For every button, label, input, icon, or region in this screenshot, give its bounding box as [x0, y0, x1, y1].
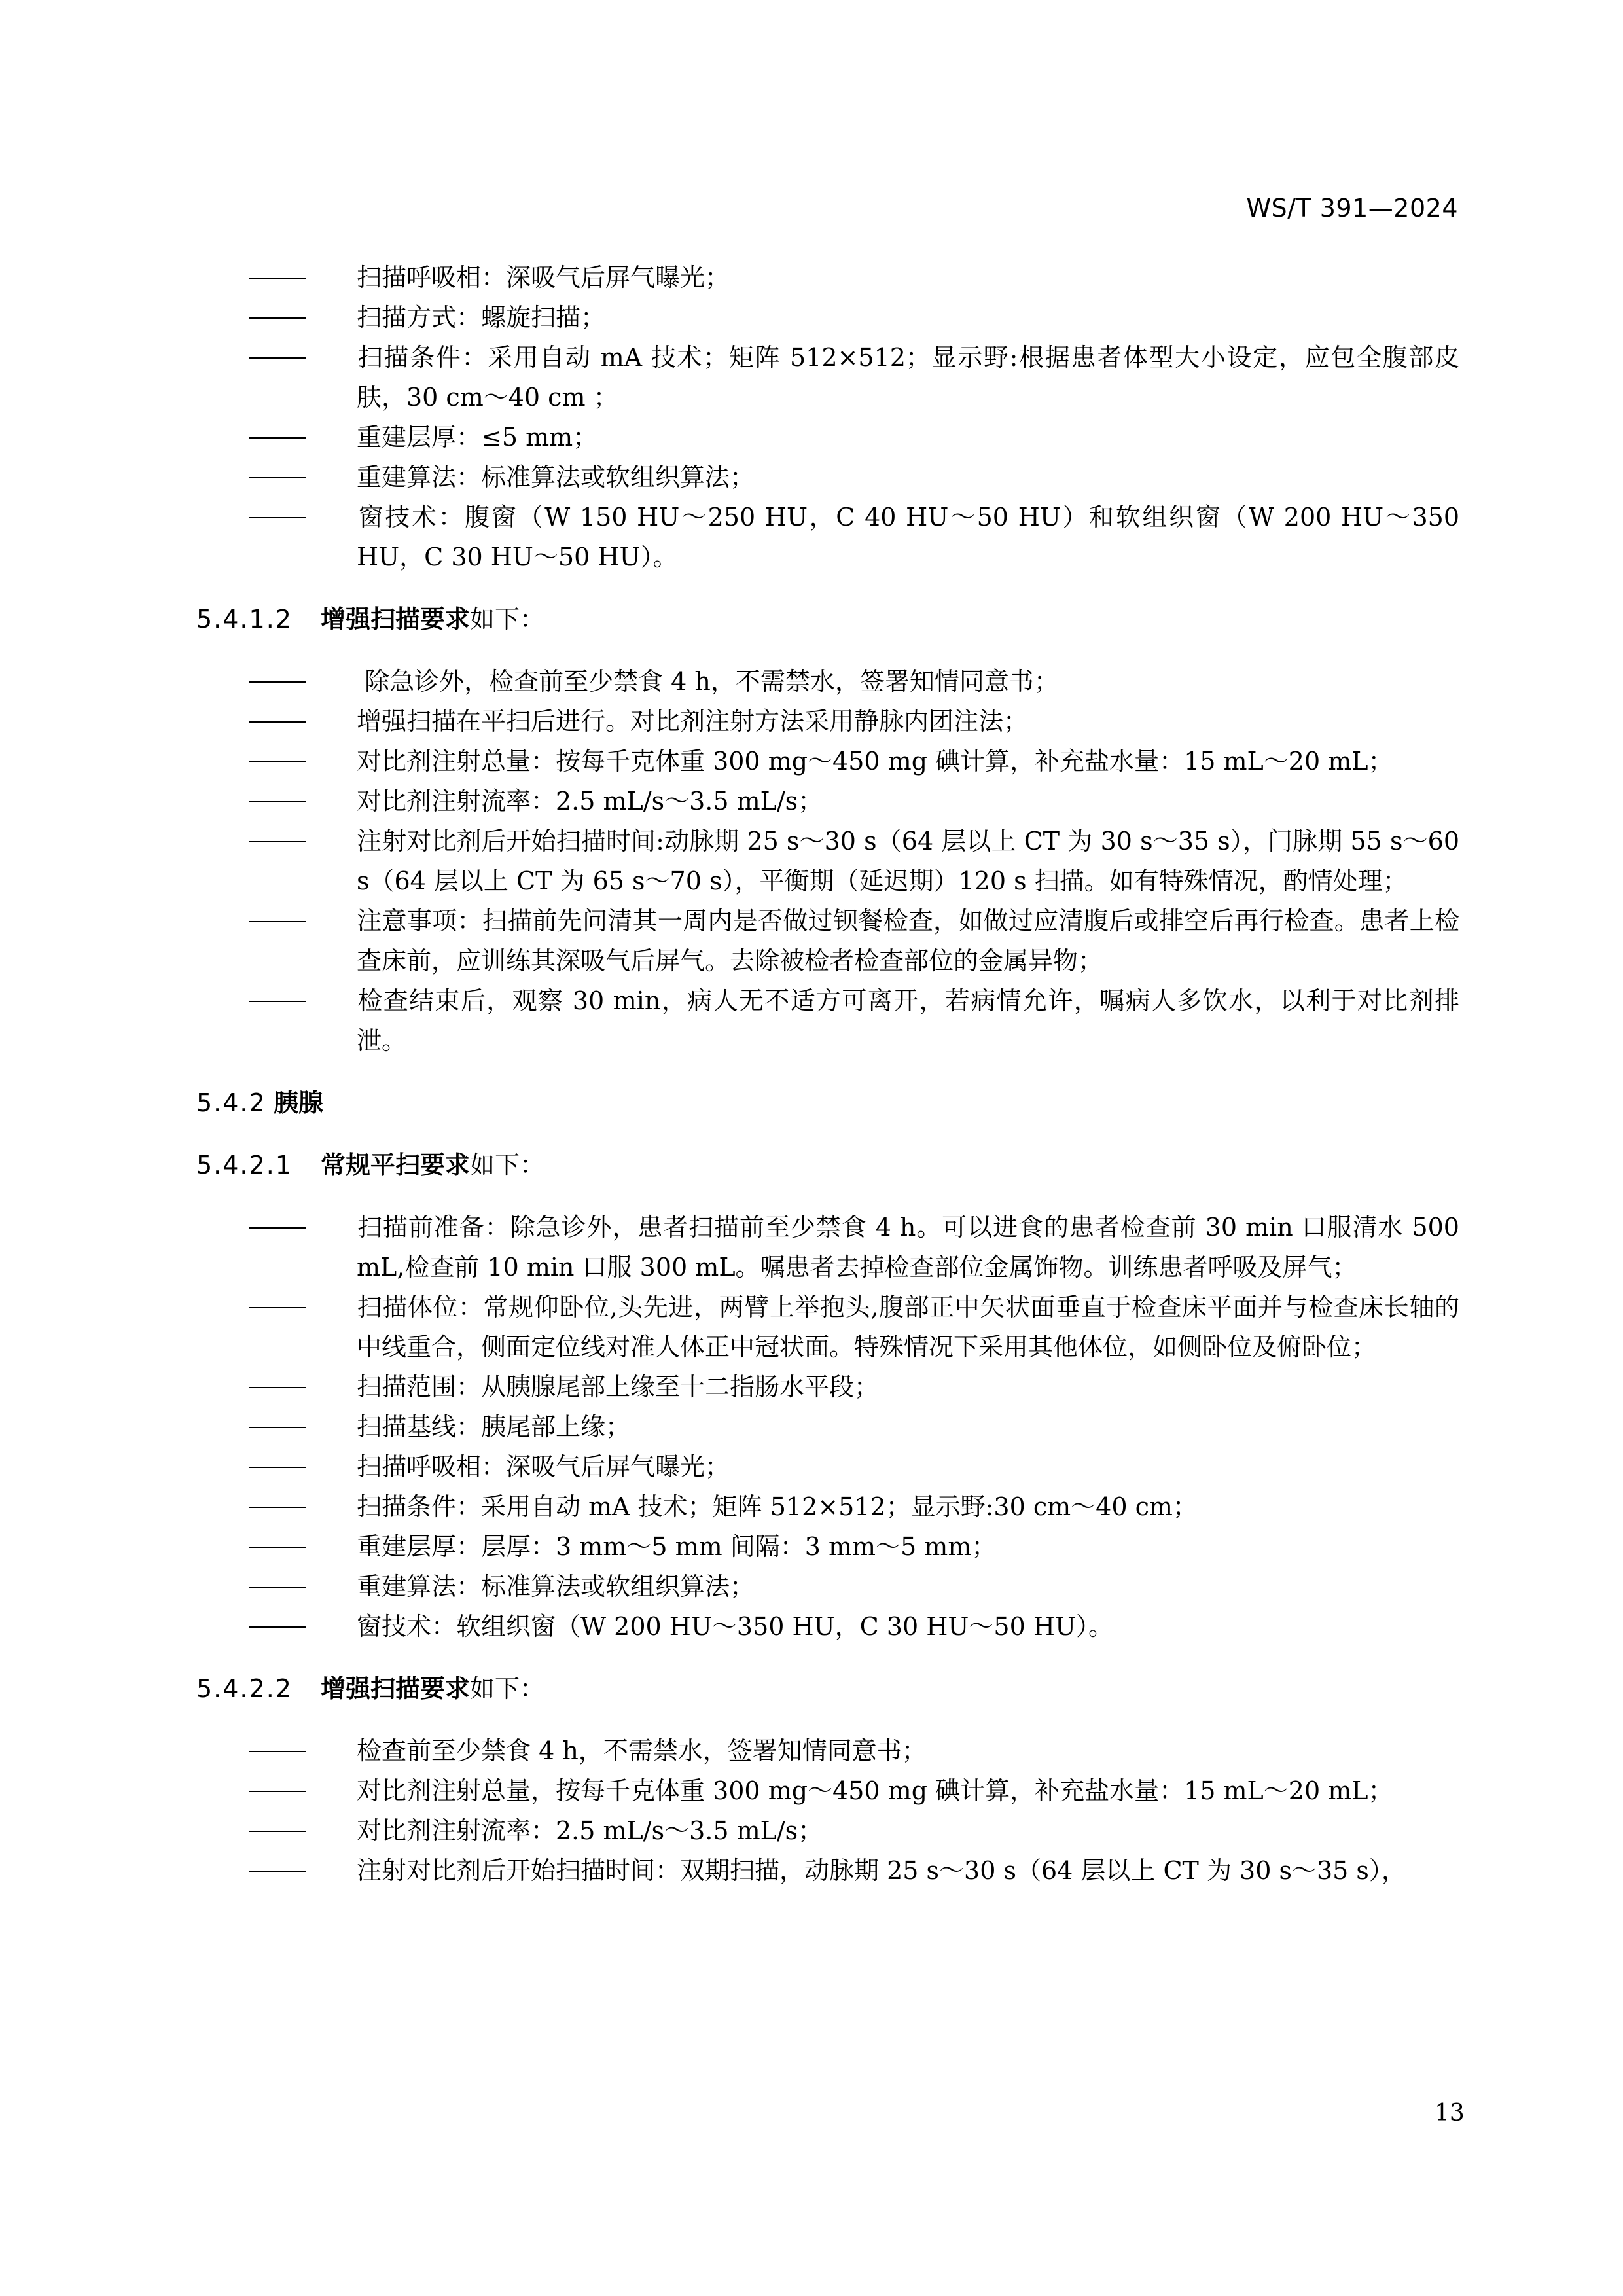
list-item: 对比剂注射总量，按每千克体重 300 mg～450 mg 碘计算，补充盐水量：1… — [249, 1771, 1459, 1811]
em-dash-bullet — [249, 1287, 357, 1327]
list-item: 扫描体位：常规仰卧位,头先进，两臂上举抱头,腹部正中矢状面垂直于检查床平面并与检… — [249, 1287, 1459, 1367]
em-dash-bullet — [249, 662, 357, 702]
list-item: 重建算法：标准算法或软组织算法； — [249, 457, 1459, 497]
em-dash-bullet — [249, 497, 357, 537]
list-item: 检查前至少禁食 4 h，不需禁水，签署知情同意书； — [249, 1731, 1459, 1771]
em-dash-bullet — [249, 1367, 357, 1407]
em-dash-bullet — [249, 1208, 357, 1247]
em-dash-bullet — [249, 901, 357, 941]
list-item: 扫描呼吸相：深吸气后屏气曝光； — [249, 1447, 1459, 1487]
list-item: 注射对比剂后开始扫描时间：双期扫描，动脉期 25 s～30 s（64 层以上 C… — [249, 1851, 1459, 1891]
em-dash-bullet — [249, 418, 357, 457]
section-heading-5-4-2-2: 5.4.2.2增强扫描要求如下： — [196, 1669, 1459, 1709]
em-dash-bullet — [249, 258, 357, 298]
list-item: 重建算法：标准算法或软组织算法； — [249, 1567, 1459, 1607]
em-dash-bullet — [249, 457, 357, 497]
em-dash-bullet — [249, 1851, 357, 1891]
document-page: WS/T 391—2024 扫描呼吸相：深吸气后屏气曝光； 扫描方式：螺旋扫描；… — [0, 0, 1623, 2296]
em-dash-bullet — [249, 742, 357, 781]
list-item: 扫描基线：胰尾部上缘； — [249, 1407, 1459, 1447]
list-item: 扫描前准备：除急诊外，患者扫描前至少禁食 4 h。可以进食的患者检查前 30 m… — [249, 1208, 1459, 1287]
list-item: 重建层厚：层厚：3 mm～5 mm 间隔：3 mm～5 mm； — [249, 1527, 1459, 1567]
em-dash-bullet — [249, 1567, 357, 1607]
section-heading-5-4-2-1: 5.4.2.1常规平扫要求如下： — [196, 1145, 1459, 1185]
em-dash-bullet — [249, 298, 357, 338]
em-dash-bullet — [249, 1407, 357, 1447]
list-item: 扫描方式：螺旋扫描； — [249, 298, 1459, 338]
em-dash-bullet — [249, 781, 357, 821]
list-ct-abdomen-plain-cont: 扫描呼吸相：深吸气后屏气曝光； 扫描方式：螺旋扫描； 扫描条件：采用自动 mA … — [196, 258, 1459, 577]
em-dash-bullet — [249, 1447, 357, 1487]
list-item: 增强扫描在平扫后进行。对比剂注射方法采用静脉内团注法； — [249, 702, 1459, 742]
page-number: 13 — [1435, 2100, 1465, 2126]
list-item: 注意事项：扫描前先问清其一周内是否做过钡餐检查，如做过应清腹后或排空后再行检查。… — [249, 901, 1459, 981]
list-item: 扫描范围：从胰腺尾部上缘至十二指肠水平段； — [249, 1367, 1459, 1407]
list-pancreas-enhanced-scan: 检查前至少禁食 4 h，不需禁水，签署知情同意书； 对比剂注射总量，按每千克体重… — [196, 1731, 1459, 1891]
section-heading-5-4-2: 5.4.2胰腺 — [196, 1083, 1459, 1123]
document-body: 扫描呼吸相：深吸气后屏气曝光； 扫描方式：螺旋扫描； 扫描条件：采用自动 mA … — [196, 258, 1459, 1891]
list-item: 注射对比剂后开始扫描时间:动脉期 25 s～30 s（64 层以上 CT 为 3… — [249, 821, 1459, 901]
list-item: 窗技术：软组织窗（W 200 HU～350 HU，C 30 HU～50 HU）。 — [249, 1607, 1459, 1647]
list-item: 对比剂注射流率：2.5 mL/s～3.5 mL/s； — [249, 781, 1459, 821]
list-item: 对比剂注射流率：2.5 mL/s～3.5 mL/s； — [249, 1811, 1459, 1851]
list-item: 扫描条件：采用自动 mA 技术；矩阵 512×512；显示野:根据患者体型大小设… — [249, 338, 1459, 418]
em-dash-bullet — [249, 702, 357, 742]
document-code: WS/T 391—2024 — [1246, 194, 1458, 223]
em-dash-bullet — [249, 981, 357, 1021]
section-heading-5-4-1-2: 5.4.1.2增强扫描要求如下： — [196, 600, 1459, 639]
em-dash-bullet — [249, 1607, 357, 1647]
em-dash-bullet — [249, 821, 357, 861]
list-item: 检查结束后，观察 30 min，病人无不适方可离开，若病情允许，嘱病人多饮水，以… — [249, 981, 1459, 1061]
list-pancreas-plain-scan: 扫描前准备：除急诊外，患者扫描前至少禁食 4 h。可以进食的患者检查前 30 m… — [196, 1208, 1459, 1647]
list-item: 扫描呼吸相：深吸气后屏气曝光； — [249, 258, 1459, 298]
list-item: 重建层厚：≤5 mm； — [249, 418, 1459, 457]
em-dash-bullet — [249, 1771, 357, 1811]
list-item: 扫描条件：采用自动 mA 技术；矩阵 512×512；显示野:30 cm～40 … — [249, 1487, 1459, 1527]
list-item: 对比剂注射总量：按每千克体重 300 mg～450 mg 碘计算，补充盐水量：1… — [249, 742, 1459, 781]
list-item: 除急诊外，检查前至少禁食 4 h，不需禁水，签署知情同意书； — [249, 662, 1459, 702]
em-dash-bullet — [249, 1487, 357, 1527]
em-dash-bullet — [249, 338, 357, 378]
list-item: 窗技术：腹窗（W 150 HU～250 HU，C 40 HU～50 HU）和软组… — [249, 497, 1459, 577]
em-dash-bullet — [249, 1811, 357, 1851]
em-dash-bullet — [249, 1731, 357, 1771]
em-dash-bullet — [249, 1527, 357, 1567]
list-enhanced-scan-abdomen: 除急诊外，检查前至少禁食 4 h，不需禁水，签署知情同意书； 增强扫描在平扫后进… — [196, 662, 1459, 1061]
